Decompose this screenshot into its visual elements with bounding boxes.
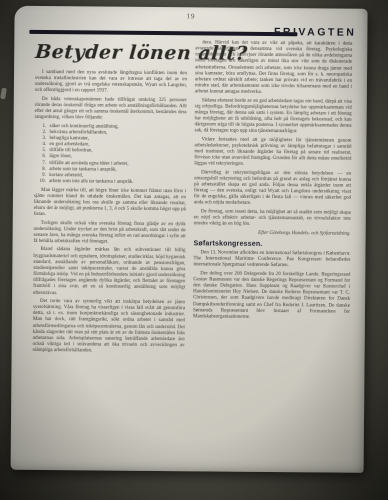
right-column: dera. Härvid kan det vara av vikt att på…	[193, 40, 352, 324]
paragraph: dera. Härvid kan det vara av vikt att på…	[195, 40, 352, 97]
wish-ranking-list: säker och kontinuerlig anställning, bekv…	[34, 124, 187, 187]
scanned-page-photo: 19 FRIVAGTEN Betyder lönen allt? I samba…	[0, 0, 388, 500]
paragraph: Troligen skulle också våra svenska föret…	[34, 221, 186, 247]
paragraph: De båda vetenskapsmännen hade tillfrågat…	[35, 97, 187, 123]
paragraph: Därvidlag är rekryteringsfrågan av den s…	[194, 170, 351, 208]
paragraph: Sådana element borde av en god arbetsled…	[195, 98, 352, 136]
article-title: Betyder lönen allt?	[34, 41, 188, 64]
paragraph: Bland sådana åtgärder märkas lån och sub…	[33, 247, 185, 298]
paragraph: Den 13. November afholdtes en internatio…	[193, 250, 350, 270]
paragraph: Vidare fortsattes med att ge möjligheter…	[194, 137, 351, 169]
page-number: 19	[15, 11, 368, 22]
paragraph: De företag, som insett detta, ha möjligh…	[194, 209, 351, 229]
masthead-row: FRIVAGTEN	[29, 23, 359, 41]
paragraph: Man lägger märke till, att högre löner i…	[34, 188, 186, 220]
magazine-page: 19 FRIVAGTEN Betyder lönen allt? I samba…	[11, 6, 368, 473]
header-rule	[29, 30, 297, 36]
second-article-title: Søfartskongressen.	[194, 242, 351, 250]
masthead-title: FRIVAGTEN	[274, 26, 356, 39]
list-item: arbete som inte alls tar tankarna i ansp…	[47, 179, 186, 186]
article-byline: Efter Göteborgs Handels- och Sjöfartstid…	[194, 231, 351, 239]
paragraph: Det torde vara av synnerlig vikt att ins…	[33, 299, 185, 356]
paragraph: Der deltog over 200 Delegerede fra 20 fo…	[193, 271, 350, 322]
scan-edge-mark	[0, 88, 7, 100]
left-column: Betyder lönen allt? I samband med den ny…	[33, 41, 188, 358]
paragraph: I samband med den nyss avslutade långdra…	[35, 70, 187, 96]
